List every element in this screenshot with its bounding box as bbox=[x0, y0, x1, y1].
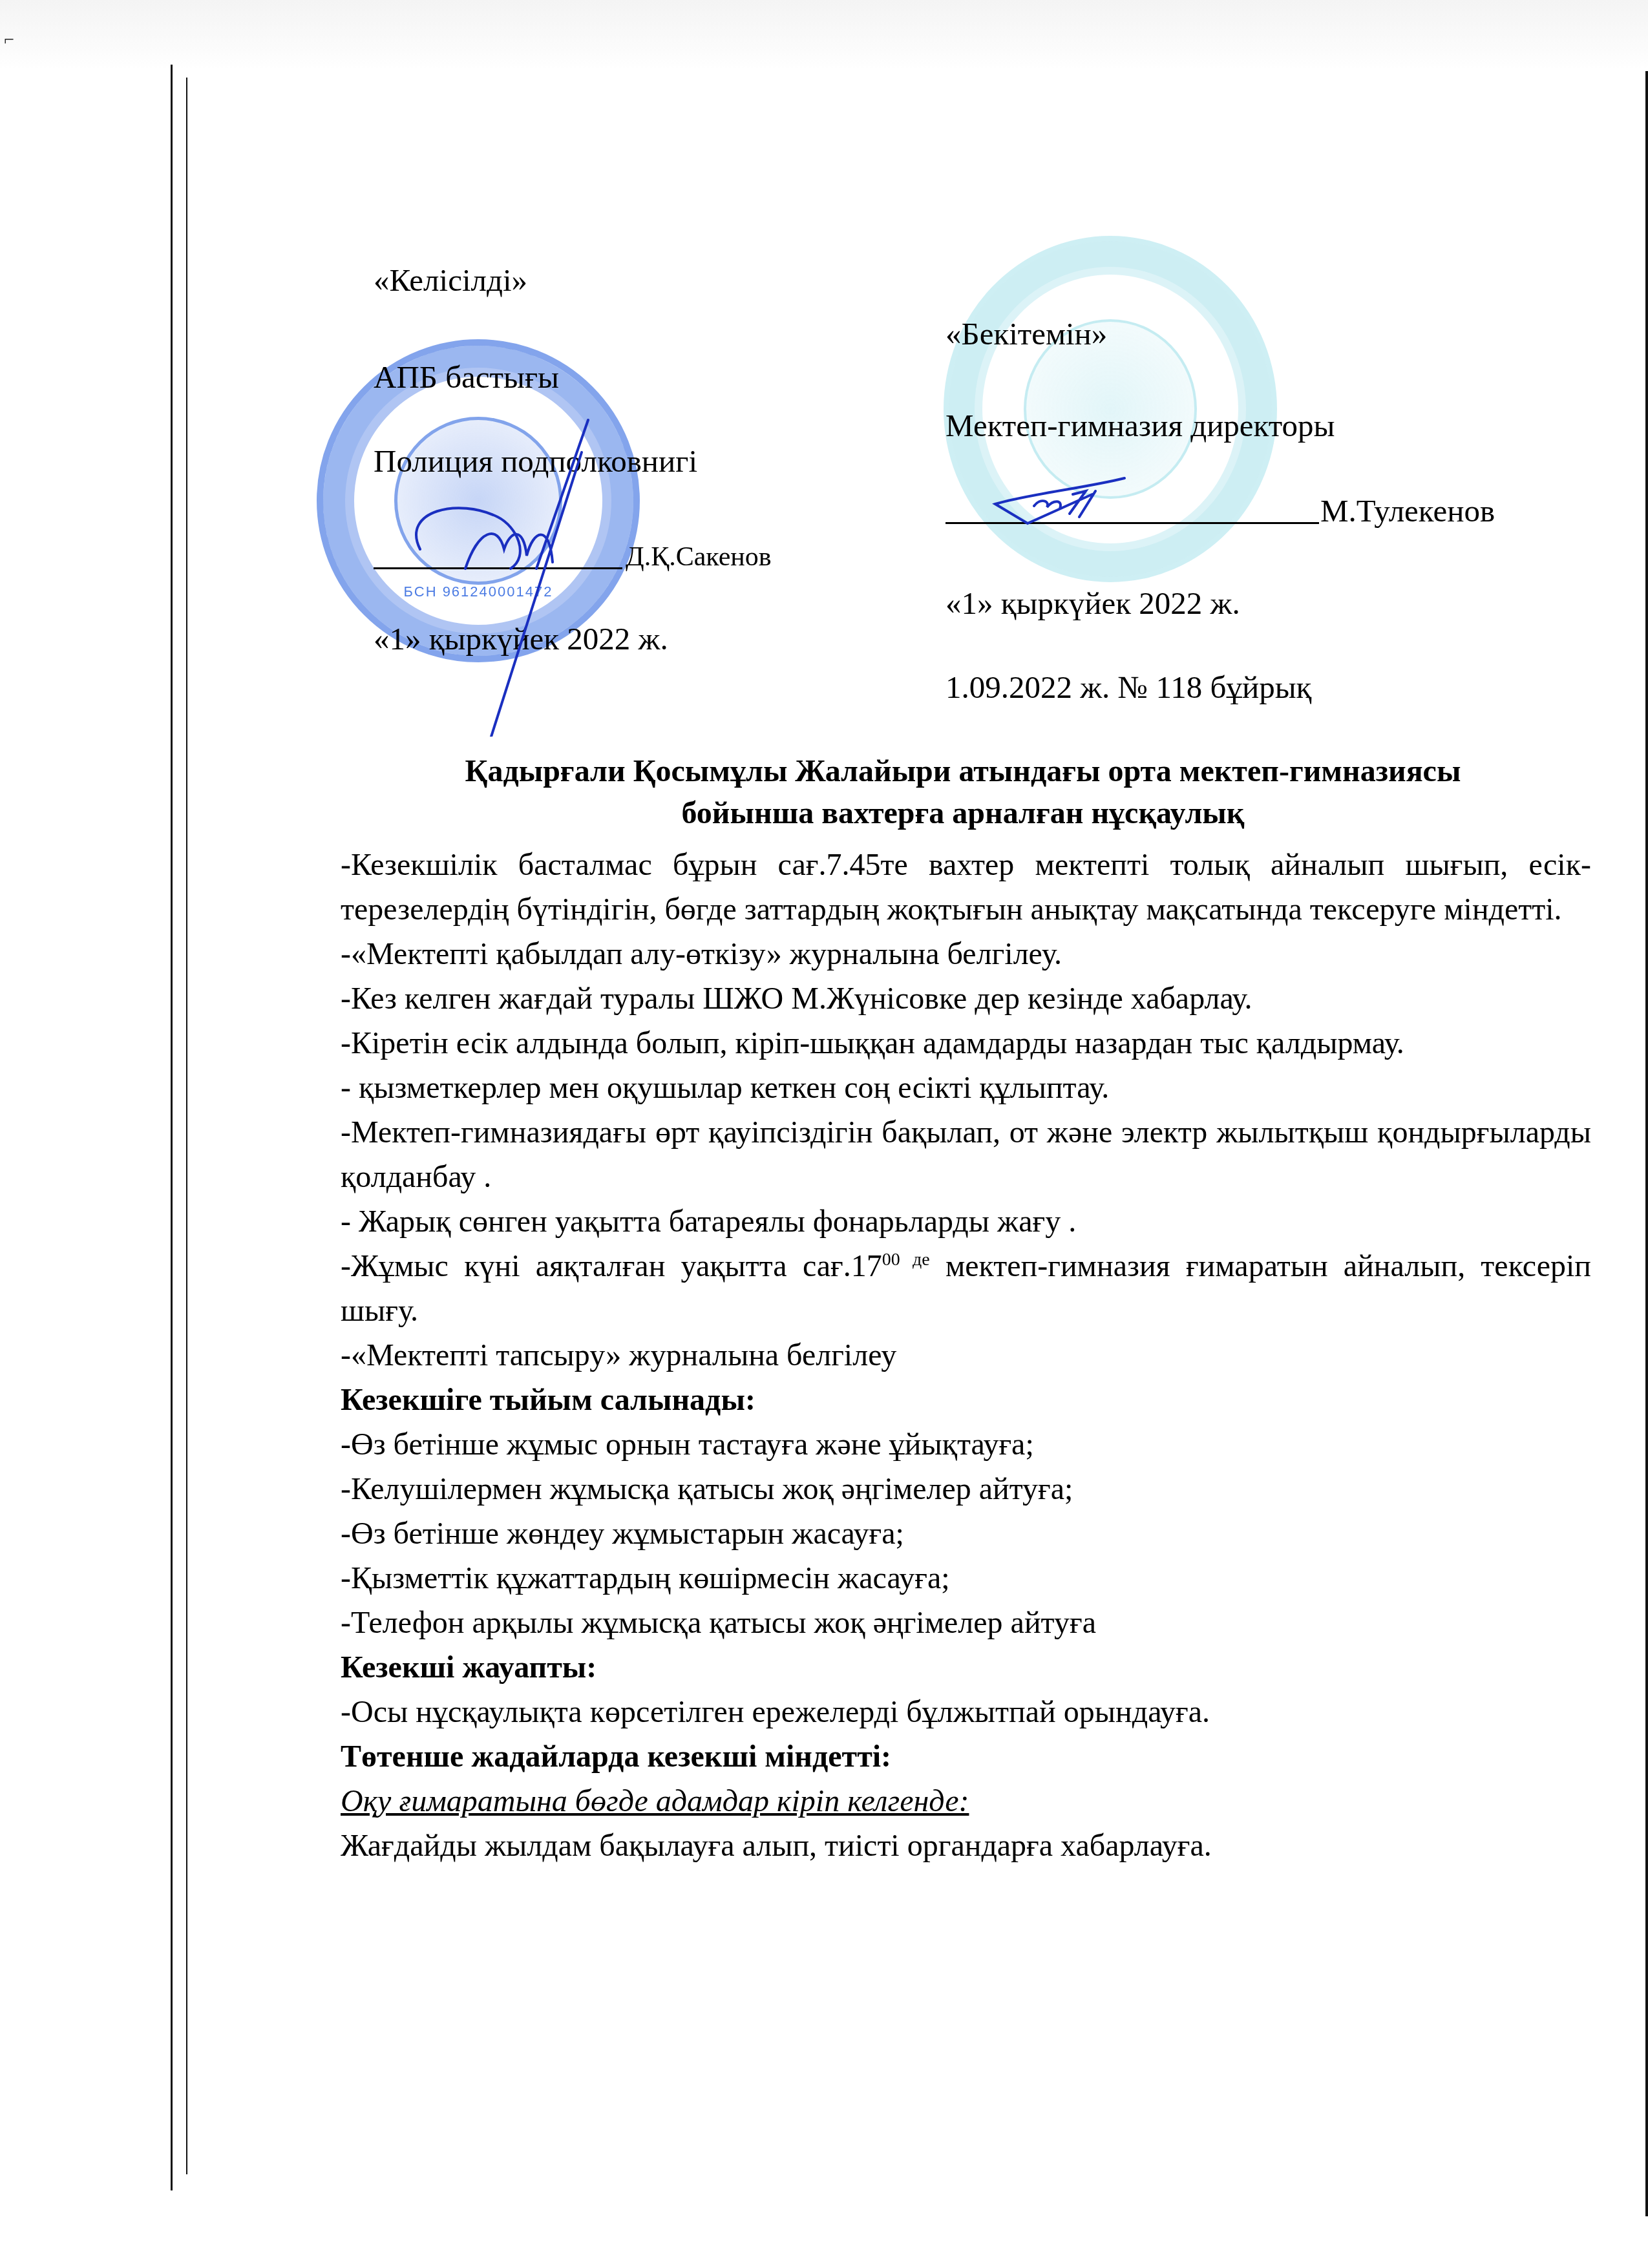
frame-line-right bbox=[1645, 71, 1648, 2216]
section-heading-emergency: Төтенше жадайларда кезекші міндетті: bbox=[341, 1734, 1591, 1779]
instruction-item-closing: -Жұмыс күні аяқталған уақытта сағ.1700 д… bbox=[341, 1244, 1591, 1333]
signature-left-icon bbox=[388, 401, 646, 737]
instruction-body: -Кезекшілік басталмас бұрын сағ.7.45те в… bbox=[341, 843, 1591, 1868]
prohibited-item: -Қызметтік құжаттардың көшірмесін жасауғ… bbox=[341, 1556, 1591, 1601]
responsible-item: -Осы нұсқаулықта көрсетілген ережелерді … bbox=[341, 1690, 1591, 1734]
emergency-subheading: Оқу ғимаратына бөгде адамдар кіріп келге… bbox=[341, 1779, 1591, 1823]
signature-right-icon bbox=[989, 475, 1157, 533]
right-date: «1» қыркүйек 2022 ж. bbox=[945, 585, 1240, 622]
closing-prefix: -Жұмыс күні аяқталған уақытта сағ.17 bbox=[341, 1249, 882, 1283]
prohibited-item: -Өз бетінше жұмыс орнын тастауға және ұй… bbox=[341, 1422, 1591, 1467]
frame-line-left-outer bbox=[171, 65, 173, 2190]
order-reference: 1.09.2022 ж. № 118 бұйрық bbox=[945, 669, 1311, 706]
scan-artifact bbox=[0, 0, 1648, 71]
section-heading-responsible: Кезекші жауапты: bbox=[341, 1645, 1591, 1690]
emergency-text: Жағдайды жылдам бақылауға алып, тиісті о… bbox=[341, 1823, 1591, 1868]
left-signatory: Д.Қ.Сакенов bbox=[626, 541, 772, 572]
instruction-item: -Кіретін есік алдында болып, кіріп-шыққа… bbox=[341, 1021, 1591, 1066]
left-heading: «Келісілді» bbox=[374, 262, 527, 299]
document-title-line2: бойынша вахтерға арналған нұсқаулық bbox=[336, 798, 1590, 829]
left-position: АПБ бастығы bbox=[374, 359, 559, 395]
corner-mark-icon: ⌐ bbox=[4, 30, 14, 50]
section-heading-prohibited: Кезекшіге тыйым салынады: bbox=[341, 1378, 1591, 1422]
instruction-item: -«Мектепті қабылдап алу-өткізу» журналын… bbox=[341, 932, 1591, 976]
instruction-item: -Мектеп-гимназиядағы өрт қауіпсіздігін б… bbox=[341, 1110, 1591, 1199]
instruction-item: - Жарық сөнген уақытта батареялы фонарьл… bbox=[341, 1199, 1591, 1244]
instruction-item: - қызметкерлер мен оқушылар кеткен соң е… bbox=[341, 1066, 1591, 1110]
document-title-line1: Қадырғали Қосымұлы Жалайыри атындағы орт… bbox=[336, 756, 1590, 787]
right-position: Мектеп-гимназия директоры bbox=[945, 407, 1335, 444]
instruction-item: -Кез келген жағдай туралы ШЖО М.Жүнісовк… bbox=[341, 976, 1591, 1021]
instruction-item: -Кезекшілік басталмас бұрын сағ.7.45те в… bbox=[341, 843, 1591, 932]
prohibited-item: -Өз бетінше жөндеу жұмыстарын жасауға; bbox=[341, 1511, 1591, 1556]
instruction-item: -«Мектепті тапсыру» журналына белгілеу bbox=[341, 1333, 1591, 1378]
right-signatory: М.Тулекенов bbox=[1320, 492, 1495, 529]
right-heading: «Бекітемін» bbox=[945, 315, 1107, 352]
prohibited-item: -Келушілермен жұмысқа қатысы жоқ әңгімел… bbox=[341, 1467, 1591, 1511]
closing-time-sup: 00 де bbox=[882, 1250, 930, 1270]
prohibited-item: -Телефон арқылы жұмысқа қатысы жоқ әңгім… bbox=[341, 1601, 1591, 1645]
frame-line-left-inner bbox=[186, 78, 187, 2174]
